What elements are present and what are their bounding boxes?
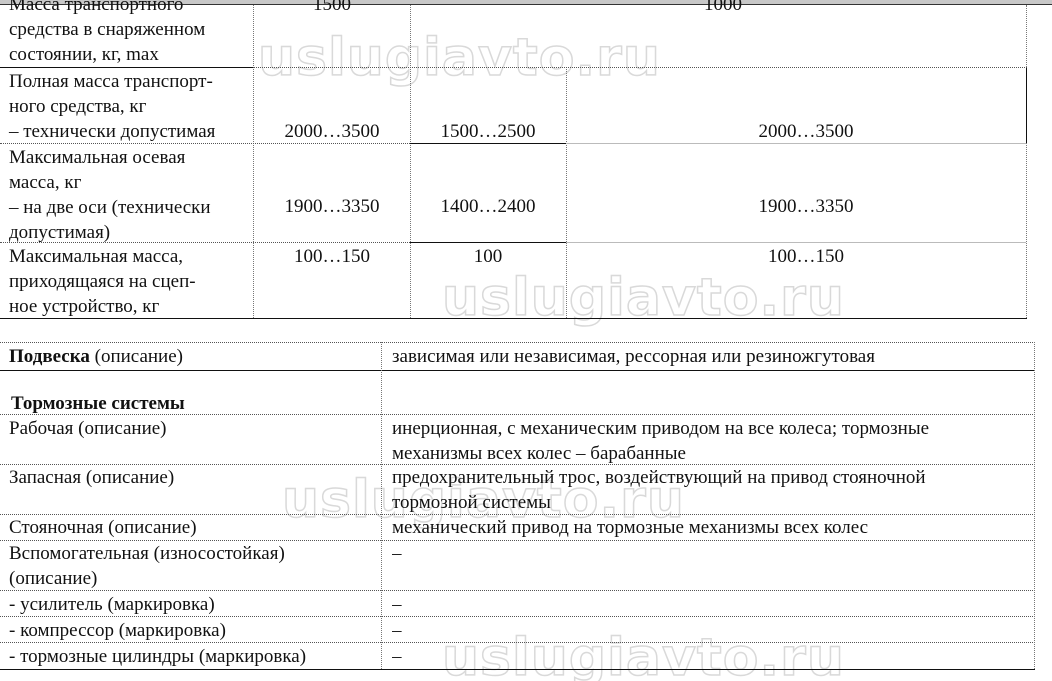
divider — [0, 370, 1035, 371]
mass-value: 100…150 — [254, 244, 410, 269]
label-line: (описание) — [9, 566, 380, 591]
mass-value: 1900…3350 — [566, 194, 1046, 219]
label-line: – технически допустимая — [9, 119, 252, 144]
divider — [0, 318, 1027, 319]
watermark: uslugiavto.ru — [258, 28, 661, 88]
brake-row-value: – — [392, 618, 1042, 643]
divider — [253, 5, 254, 318]
brake-row-label: Вспомогательная (износостойкая) (описани… — [0, 541, 380, 591]
divider — [0, 242, 410, 243]
divider — [1026, 5, 1027, 67]
label-line: Максимальная осевая — [9, 145, 252, 170]
label-line: состоянии, кг, max — [9, 42, 252, 67]
mass-row-label: Максимальная осевая масса, кг – на две о… — [0, 145, 252, 245]
divider — [0, 143, 410, 144]
label-line: Максимальная масса, — [9, 244, 252, 269]
brake-row-value: – — [392, 592, 1042, 617]
suspension-label-rest: (описание) — [90, 346, 183, 367]
divider — [0, 464, 1035, 465]
mass-row-label: Максимальная масса, приходящаяся на сцеп… — [0, 244, 252, 319]
divider — [0, 642, 1035, 643]
brakes-heading: Тормозные системы — [2, 391, 372, 416]
mass-value: 1500 — [254, 0, 410, 17]
divider — [253, 67, 1027, 68]
divider — [566, 143, 1026, 144]
value-line: инерционная, с механическим приводом на … — [392, 416, 1042, 441]
divider — [1026, 67, 1027, 143]
brake-row-value: механический привод на тормозные механиз… — [392, 515, 1042, 540]
label-line: Полная масса транспорт- — [9, 69, 252, 94]
label-line: масса, кг — [9, 170, 252, 195]
brake-row-value: – — [392, 541, 1042, 566]
brake-row-label: - тормозные цилиндры (маркировка) — [0, 644, 380, 669]
label-line: ное устройство, кг — [9, 294, 252, 319]
brake-row-label: Рабочая (описание) — [0, 416, 380, 441]
mass-row-label: Полная масса транспорт- ного средства, к… — [0, 69, 252, 144]
suspension-label-bold: Подвеска — [9, 346, 90, 367]
label-line: ного средства, кг — [9, 94, 252, 119]
brake-row-value: – — [392, 644, 1042, 669]
value-line: механизмы всех колес – барабанные — [392, 441, 1042, 466]
divider — [410, 143, 566, 144]
mass-value: 1400…2400 — [410, 194, 566, 219]
divider — [566, 67, 567, 318]
divider — [0, 67, 253, 68]
mass-value: 100…150 — [566, 244, 1046, 269]
divider — [410, 242, 566, 243]
divider — [0, 616, 1035, 617]
brake-row-value: предохранительный трос, воздействующий н… — [392, 465, 1042, 515]
brake-row-label: Стояночная (описание) — [0, 515, 380, 540]
divider — [410, 5, 411, 318]
mass-value: 1900…3350 — [254, 194, 410, 219]
brake-row-label: - компрессор (маркировка) — [0, 618, 380, 643]
divider — [1034, 342, 1035, 669]
divider — [566, 242, 1026, 243]
suspension-value: зависимая или независимая, рессорная или… — [392, 344, 1042, 369]
label-line: – на две оси (технически — [9, 195, 252, 220]
divider — [1026, 143, 1027, 318]
watermark: uslugiavto.ru — [442, 268, 845, 328]
mass-value: 100 — [410, 244, 566, 269]
label-line: средства в снаряженном — [9, 17, 252, 42]
mass-value: 1000 — [566, 0, 880, 17]
suspension-label: Подвеска (описание) — [0, 344, 380, 369]
divider — [0, 514, 1035, 515]
divider — [0, 414, 1035, 415]
value-line: предохранительный трос, воздействующий н… — [392, 465, 1042, 490]
divider — [0, 590, 1035, 591]
label-line: Масса транспортного — [9, 0, 252, 17]
label-line: приходящаяся на сцеп- — [9, 269, 252, 294]
brake-row-label: - усилитель (маркировка) — [0, 592, 380, 617]
mass-value: 1500…2500 — [410, 119, 566, 144]
divider — [0, 669, 1035, 670]
mass-value: 2000…3500 — [566, 119, 1046, 144]
divider — [381, 342, 382, 669]
divider — [0, 540, 1035, 541]
mass-row-label: Масса транспортного средства в снаряженн… — [0, 0, 252, 67]
value-line: тормозной системы — [392, 490, 1042, 515]
brake-row-value: инерционная, с механическим приводом на … — [392, 416, 1042, 466]
divider — [0, 342, 1035, 343]
mass-value: 2000…3500 — [254, 119, 410, 144]
brake-row-label: Запасная (описание) — [0, 465, 380, 490]
label-line: Вспомогательная (износостойкая) — [9, 541, 380, 566]
